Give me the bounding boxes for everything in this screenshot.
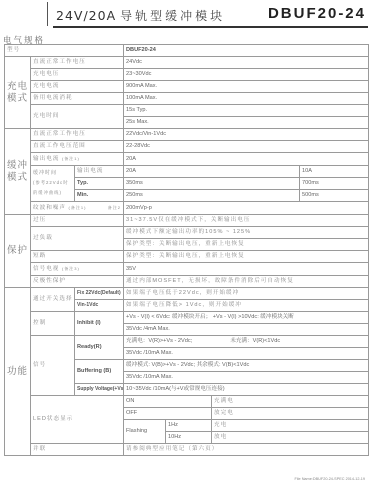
spec-value: 35Vdc /10mA Max. <box>124 348 369 360</box>
spec-label: 反极性保护 <box>31 276 124 288</box>
spec-row: 充电电流 900mA Max. <box>5 81 369 93</box>
spec-value: 保护类型：关断输出电压，重新上电恢复 <box>124 239 369 251</box>
led-meaning: 充满电 <box>212 396 369 408</box>
spec-value: 25s Max. <box>124 117 369 129</box>
header-divider <box>47 2 48 26</box>
label-text: 缓冲时间 <box>33 170 57 176</box>
spec-label: 直流正常工作电压 <box>31 129 124 141</box>
spec-row: 信号电视 (备注3) 35V <box>5 263 369 276</box>
model-label: 型号 <box>5 45 124 57</box>
label-note: (参考22Vdc时的缓冲曲线) <box>33 180 69 195</box>
spec-value: 20A <box>124 153 369 166</box>
spec-value: 200mVp-p <box>124 202 369 215</box>
spec-label: 充电时间 <box>31 105 124 129</box>
signal-label: 信号 <box>31 336 75 396</box>
ready-not-charged: 未充满：V(R)<1Vdc <box>230 338 280 344</box>
note-ref: 备注2 <box>108 202 121 213</box>
switch-select-label: 通过开关选择 <box>31 288 75 312</box>
spec-label: 并联 <box>31 444 124 456</box>
spec-value: 35Vdc /10mA Max. <box>124 372 369 384</box>
spec-row: 缓冲模式 直流正常工作电压 22Vdc/Vin-1Vdc <box>5 129 369 141</box>
ready-charged: 充满电：V(R)>+Vs - 2Vdc; <box>126 338 192 344</box>
spec-value: 35V <box>124 263 369 276</box>
spec-row: 功能 通过开关选择 Fix 22Vdc(Default) 如果端子电压低于22V… <box>5 288 369 300</box>
note-ref: (备注1) <box>69 205 87 210</box>
spec-value: 24Vdc <box>124 57 369 69</box>
spec-value: 31~37.5V仅在缓冲模式下，关断输出电压 <box>124 215 369 227</box>
title-rating: 24V/20A <box>56 8 116 23</box>
inhibit-label: Inhibit (I) <box>75 312 124 336</box>
spec-value: 23~30Vdc <box>124 69 369 81</box>
switch-option: Fix 22Vdc(Default) <box>75 288 124 300</box>
spec-table: 型号 DBUF20-24 充电模式 直流正常工作电压 24Vdc 充电电压 23… <box>4 44 369 456</box>
spec-row: 保护 过压 31~37.5V仅在缓冲模式下，关断输出电压 <box>5 215 369 227</box>
spec-row: 充电时间 15s Typ. <box>5 105 369 117</box>
spec-row: 输出电流 (备注1) 20A <box>5 153 369 166</box>
title-product-name: 导轨型缓冲模块 <box>120 9 225 23</box>
led-frequency: 1Hz <box>166 420 212 432</box>
spec-label: 输出电流 (备注1) <box>31 153 124 166</box>
spec-label: 直流工作电压范围 <box>31 141 124 153</box>
header-model-number: DBUF20-24 <box>268 5 366 22</box>
spec-value: 缓冲模式下额定输出功率的105% ~ 125% <box>124 227 369 239</box>
led-meaning: 充电 <box>212 420 369 432</box>
spec-value: 请参阅典型应用笔记（第六页） <box>124 444 369 456</box>
supply-voltage-label: Supply Voltage(+Vs) <box>75 384 124 396</box>
spec-label: 信号电视 (备注3) <box>31 263 124 276</box>
led-meaning: 放完电 <box>212 408 369 420</box>
spec-value: 如果端子电压低于22Vdc，则开始缓冲 <box>124 288 369 300</box>
spec-label: 直流正常工作电压 <box>31 57 124 69</box>
section-function: 功能 <box>5 288 31 456</box>
spec-row: 纹波和噪声 (备注1)备注2 200mVp-p <box>5 202 369 215</box>
section-protection: 保护 <box>5 215 31 288</box>
spec-label: 过压 <box>31 215 124 227</box>
spec-value: 充满电：V(R)>+Vs - 2Vdc;未充满：V(R)<1Vdc <box>124 336 369 348</box>
led-state: Flashing <box>124 420 166 444</box>
spec-label: 纹波和噪声 (备注1)备注2 <box>31 202 124 215</box>
led-frequency: 10Hz <box>166 432 212 444</box>
label-text: 输出电流 <box>33 156 59 162</box>
spec-row: 反极性保护 通过内部MOSFET，无损坏，故障条件消除后可自动恢复 <box>5 276 369 288</box>
spec-label: 备用电流消耗 <box>31 93 124 105</box>
buffering-label: Buffering (B) <box>75 360 124 384</box>
note-ref: (备注1) <box>62 156 80 161</box>
led-state: OFF <box>124 408 212 420</box>
typ-value: 350ms <box>124 178 300 190</box>
spec-label: 短路 <box>31 251 124 263</box>
led-state: ON <box>124 396 212 408</box>
spec-value: +Vs - V(I) < 6Vdc: 缓冲模块开启； +Vs - V(I) >1… <box>124 312 369 324</box>
buffer-time-header-row: 缓冲时间 (参考22Vdc时的缓冲曲线) 输出电流 20A 10A 0.1A <box>5 166 369 178</box>
control-label: 控制 <box>31 312 75 336</box>
buffer-time-label: 缓冲时间 (参考22Vdc时的缓冲曲线) <box>31 166 75 202</box>
spec-value: 900mA Max. <box>124 81 369 93</box>
spec-label: 充电电流 <box>31 81 124 93</box>
min-value: 250ms <box>124 190 300 202</box>
spec-row: 备用电流消耗 100mA Max. <box>5 93 369 105</box>
buffer-current-20a: 20A <box>124 166 300 178</box>
spec-value: 缓冲模式: V(B)>+Vs - 2Vdc; 其余模式: V(B)<1Vdc <box>124 360 369 372</box>
header-underline <box>53 26 368 28</box>
note-ref: (备注3) <box>62 266 80 271</box>
buffer-current-10a: 10A <box>300 166 369 178</box>
spec-row: 短路 保护类型：关断输出电压，重新上电恢复 <box>5 251 369 263</box>
spec-label: 充电电压 <box>31 69 124 81</box>
spec-row: 控制 Inhibit (I) +Vs - V(I) < 6Vdc: 缓冲模块开启… <box>5 312 369 324</box>
spec-value: 35Vdc /4mA Max. <box>124 324 369 336</box>
label-text: 纹波和噪声 <box>33 205 66 211</box>
typ-value: 700ms <box>300 178 369 190</box>
typ-label: Typ. <box>75 178 124 190</box>
spec-value: 10~35Vdc /10mA(与+V或常规电压连接) <box>124 384 369 396</box>
ready-label: Ready(R) <box>75 336 124 360</box>
spec-row: 并联 请参阅典型应用笔记（第六页） <box>5 444 369 456</box>
label-text: 信号电视 <box>33 266 59 272</box>
buffer-time-current-label: 输出电流 <box>75 166 124 178</box>
spec-value: 保护类型：关断输出电压，重新上电恢复 <box>124 251 369 263</box>
model-value: DBUF20-24 <box>124 45 369 57</box>
model-row: 型号 DBUF20-24 <box>5 45 369 57</box>
spec-value: 15s Typ. <box>124 105 369 117</box>
spec-label: 过负载 <box>31 227 124 251</box>
min-value: 500ms <box>300 190 369 202</box>
spec-value: 22Vdc/Vin-1Vdc <box>124 129 369 141</box>
led-label: LED状态显示 <box>31 396 124 444</box>
spec-row: 直流工作电压范围 22-28Vdc <box>5 141 369 153</box>
spec-row: 充电电压 23~30Vdc <box>5 69 369 81</box>
spec-row: 过负载 缓冲模式下额定输出功率的105% ~ 125% <box>5 227 369 239</box>
spec-row: 信号 Ready(R) 充满电：V(R)>+Vs - 2Vdc;未充满：V(R)… <box>5 336 369 348</box>
spec-value: 22-28Vdc <box>124 141 369 153</box>
spec-value: 通过内部MOSFET，无损坏，故障条件消除后可自动恢复 <box>124 276 369 288</box>
section-buffer: 缓冲模式 <box>5 129 31 215</box>
spec-value: 100mA Max. <box>124 93 369 105</box>
spec-value: 如果端子电压降低> 1Vdc，则开始缓冲 <box>124 300 369 312</box>
section-charging: 充电模式 <box>5 57 31 129</box>
document-title: 24V/20A导轨型缓冲模块 <box>56 7 225 24</box>
switch-option: Vin-1Vdc <box>75 300 124 312</box>
footer-file-info: File Name:DBUF20-24-SPEC 2014-12-19 <box>295 477 365 481</box>
led-row: LED状态显示 ON 充满电 <box>5 396 369 408</box>
min-label: Min. <box>75 190 124 202</box>
spec-row: 充电模式 直流正常工作电压 24Vdc <box>5 57 369 69</box>
led-meaning: 放电 <box>212 432 369 444</box>
